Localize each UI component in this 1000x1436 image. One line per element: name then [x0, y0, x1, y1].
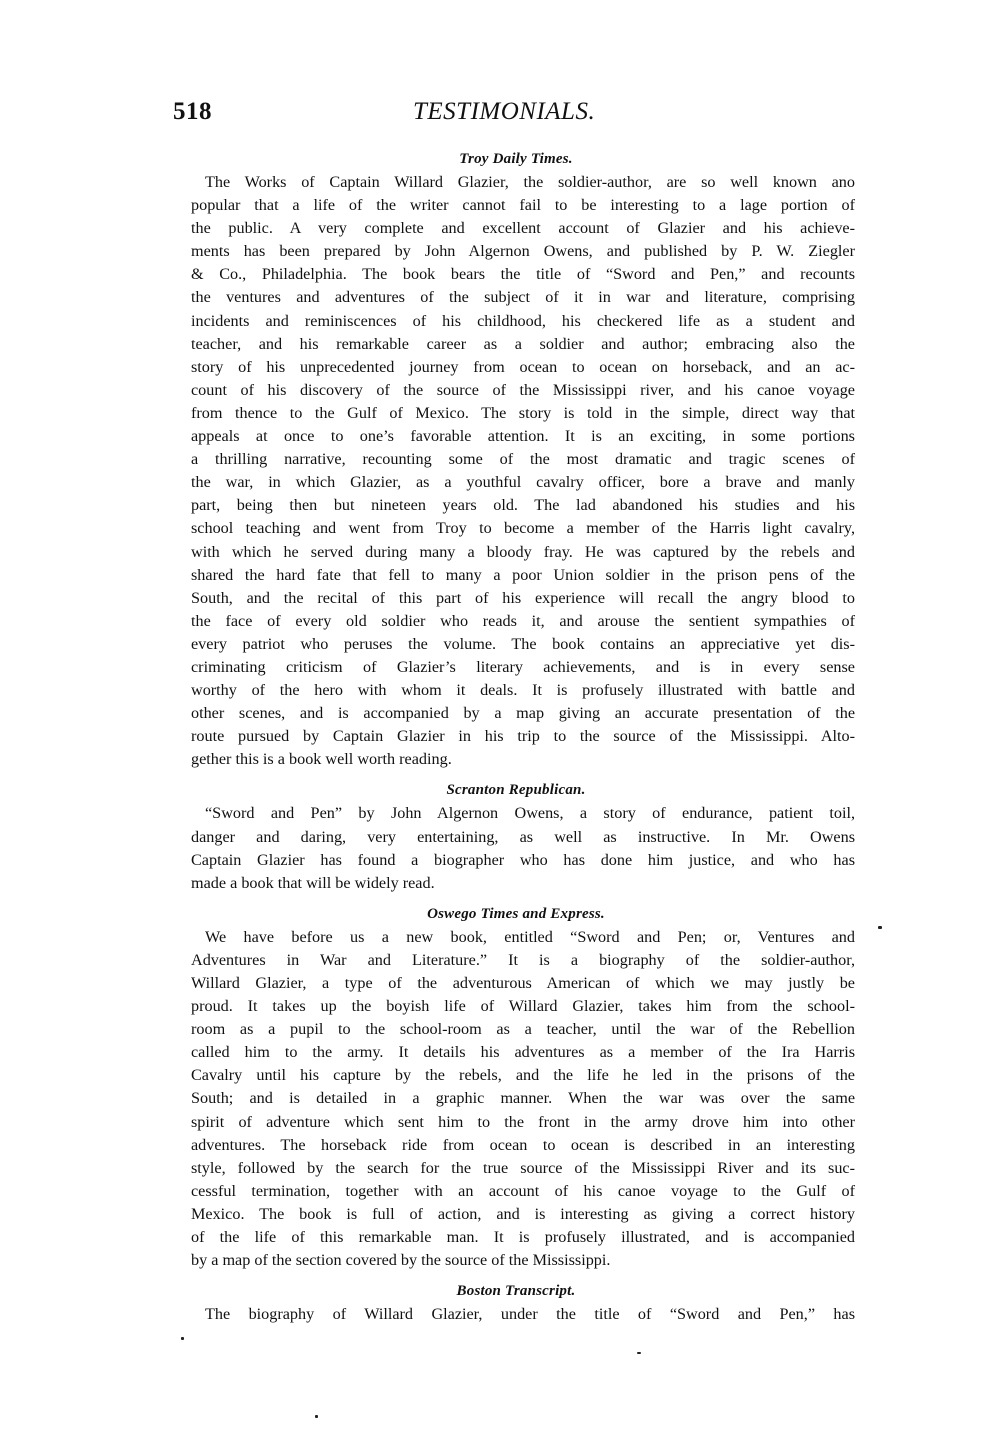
testimonial-troy-daily-times: The Works of Captain Willard Glazier, th…: [177, 171, 855, 771]
text-line: We have before us a new book, entitled “…: [177, 926, 855, 949]
text-line: by a map of the section covered by the s…: [177, 1249, 855, 1272]
text-line: count of his discovery of the source of …: [177, 379, 855, 402]
text-line: The Works of Captain Willard Glazier, th…: [177, 171, 855, 194]
text-line: Mexico. The book is full of action, and …: [177, 1203, 855, 1226]
text-line: style, followed by the search for the tr…: [177, 1157, 855, 1180]
text-line: Captain Glazier has found a biographer w…: [177, 849, 855, 872]
text-line: of the life of this remarkable man. It i…: [177, 1226, 855, 1249]
source-heading-scranton-republican: Scranton Republican.: [177, 779, 855, 802]
text-line: criminating criticism of Glazier’s liter…: [177, 656, 855, 679]
testimonial-oswego-times-and-express: We have before us a new book, entitled “…: [177, 926, 855, 1272]
text-line: Adventures in War and Literature.” It is…: [177, 949, 855, 972]
testimonial-boston-transcript: The biography of Willard Glazier, under …: [177, 1303, 855, 1326]
text-line: other scenes, and is accompanied by a ma…: [177, 702, 855, 725]
text-line: room as a pupil to the school-room as a …: [177, 1018, 855, 1041]
text-line: the face of every old soldier who reads …: [177, 610, 855, 633]
scan-speck: [181, 1337, 184, 1340]
text-line: proud. It takes up the boyish life of Wi…: [177, 995, 855, 1018]
running-title: TESTIMONIALS.: [413, 98, 595, 126]
text-line: with which he served during many a blood…: [177, 541, 855, 564]
testimonial-scranton-republican: “Sword and Pen” by John Algernon Owens, …: [177, 802, 855, 894]
text-line: from thence to the Gulf of Mexico. The s…: [177, 402, 855, 425]
text-line: the war, in which Glazier, as a youthful…: [177, 471, 855, 494]
text-line: the public. A very complete and excellen…: [177, 217, 855, 240]
text-line: Cavalry until his capture by the rebels,…: [177, 1064, 855, 1087]
text-line: part, being then but nineteen years old.…: [177, 494, 855, 517]
body-text: Troy Daily Times. The Works of Captain W…: [177, 148, 855, 1326]
text-line: cessful termination, together with an ac…: [177, 1180, 855, 1203]
scan-speck: [315, 1415, 318, 1418]
text-line: school teaching and went from Troy to be…: [177, 517, 855, 540]
text-line: Willard Glazier, a type of the adventuro…: [177, 972, 855, 995]
source-heading-troy-daily-times: Troy Daily Times.: [177, 148, 855, 171]
source-heading-boston-transcript: Boston Transcript.: [177, 1280, 855, 1303]
text-line: the ventures and adventures of the subje…: [177, 286, 855, 309]
text-line: story of his unprecedented journey from …: [177, 356, 855, 379]
text-line: adventures. The horseback ride from ocea…: [177, 1134, 855, 1157]
text-line: danger and daring, very entertaining, as…: [177, 826, 855, 849]
text-line: route pursued by Captain Glazier in his …: [177, 725, 855, 748]
text-line: made a book that will be widely read.: [177, 872, 855, 895]
text-line: every patriot who peruses the volume. Th…: [177, 633, 855, 656]
text-line: South; and is detailed in a graphic mann…: [177, 1087, 855, 1110]
scan-speck: [637, 1352, 641, 1354]
text-line: gether this is a book well worth reading…: [177, 748, 855, 771]
text-line: shared the hard fate that fell to many a…: [177, 564, 855, 587]
running-head: 518 TESTIMONIALS.: [173, 98, 863, 132]
source-heading-oswego-times-and-express: Oswego Times and Express.: [177, 903, 855, 926]
text-line: ments has been prepared by John Algernon…: [177, 240, 855, 263]
text-line: called him to the army. It details his a…: [177, 1041, 855, 1064]
scan-speck: [878, 926, 882, 929]
text-line: “Sword and Pen” by John Algernon Owens, …: [177, 802, 855, 825]
text-line: appeals at once to one’s favorable atten…: [177, 425, 855, 448]
document-page: 518 TESTIMONIALS. Troy Daily Times. The …: [0, 0, 1000, 1436]
text-line: incidents and reminiscences of his child…: [177, 310, 855, 333]
text-line: spirit of adventure which sent him to th…: [177, 1111, 855, 1134]
text-line: popular that a life of the writer cannot…: [177, 194, 855, 217]
text-line: teacher, and his remarkable career as a …: [177, 333, 855, 356]
text-line: & Co., Philadelphia. The book bears the …: [177, 263, 855, 286]
text-line: a thrilling narrative, recounting some o…: [177, 448, 855, 471]
text-line: The biography of Willard Glazier, under …: [177, 1303, 855, 1326]
page-number: 518: [173, 98, 212, 126]
text-line: worthy of the hero with whom it deals. I…: [177, 679, 855, 702]
text-line: South, and the recital of this part of h…: [177, 587, 855, 610]
